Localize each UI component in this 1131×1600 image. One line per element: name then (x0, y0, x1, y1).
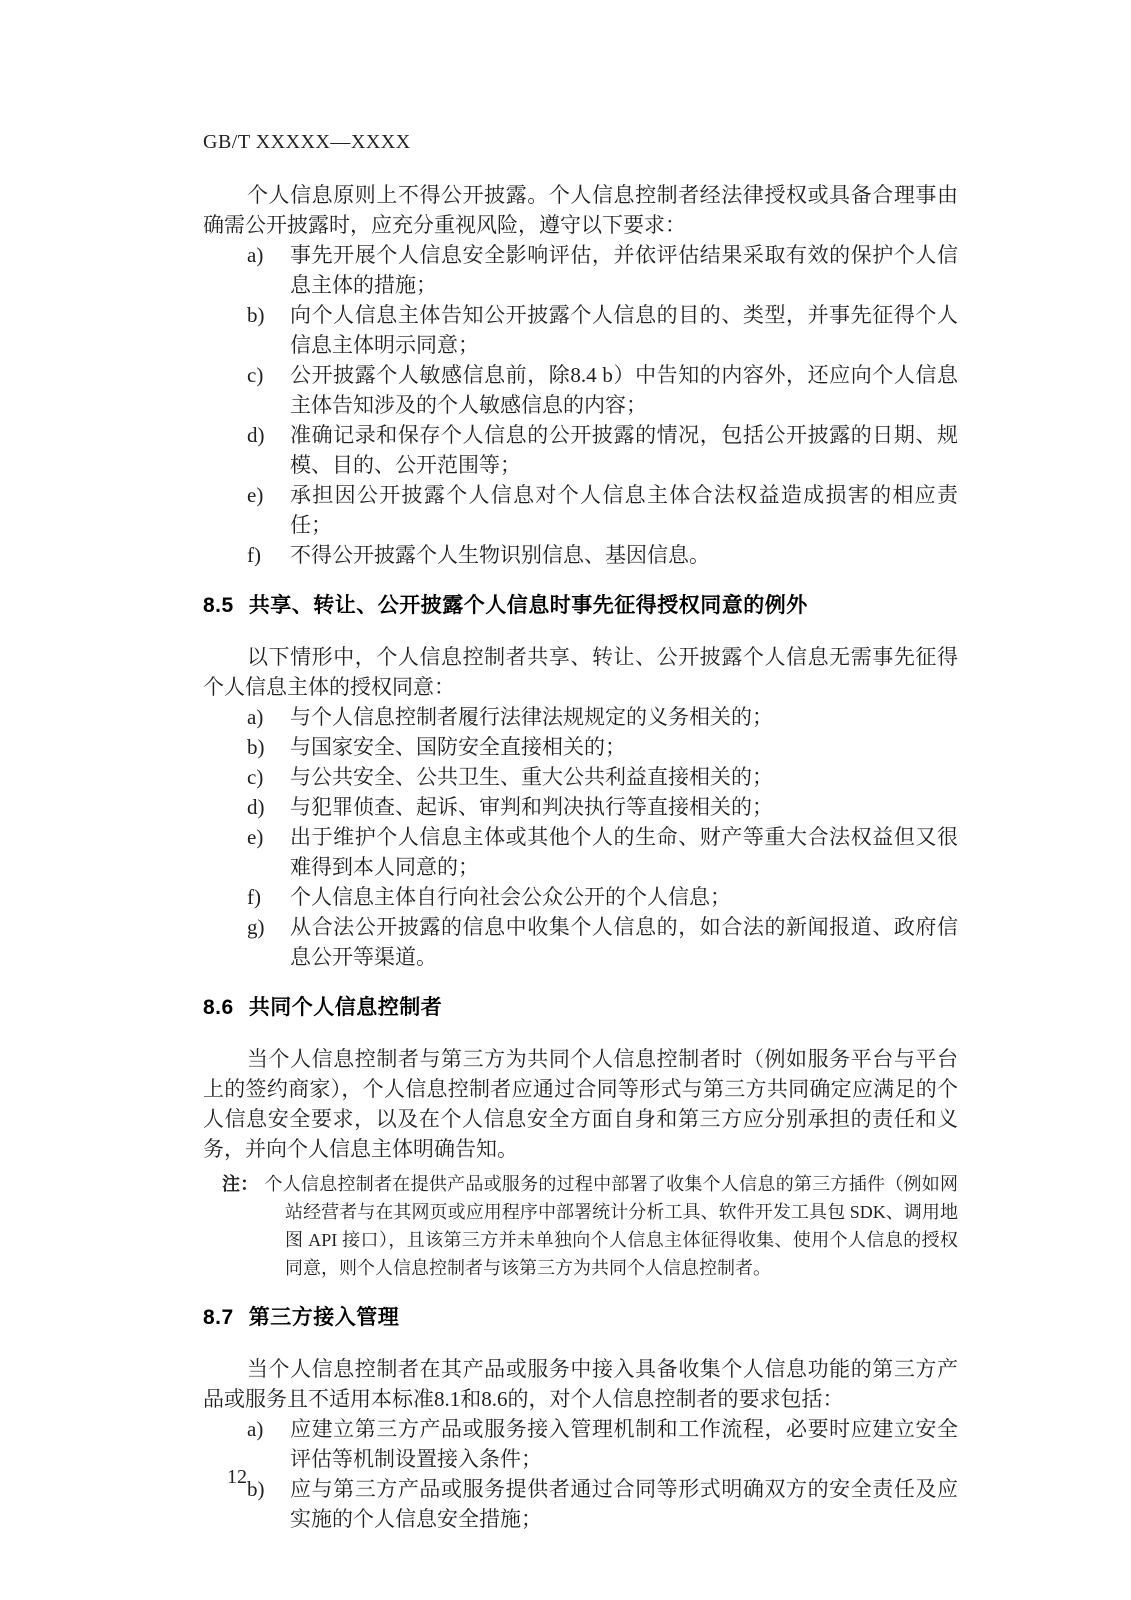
section-number: 8.5 (203, 593, 234, 619)
list-item: b) 与国家安全、国防安全直接相关的； (203, 732, 958, 762)
section-8-6-paragraph: 当个人信息控制者与第三方为共同个人信息控制者时（例如服务平台与平台上的签约商家）… (203, 1044, 958, 1164)
list-item: b) 向个人信息主体告知公开披露个人信息的目的、类型，并事先征得个人信息主体明示… (203, 300, 958, 360)
item-marker: b) (247, 732, 265, 762)
section-number: 8.7 (203, 1305, 234, 1331)
section-heading-8-5: 8.5共享、转让、公开披露个人信息时事先征得授权同意的例外 (203, 593, 958, 619)
list-item: a) 与个人信息控制者履行法律法规规定的义务相关的； (203, 702, 958, 732)
section-8-7-paragraph: 当个人信息控制者在其产品或服务中接入具备收集个人信息功能的第三方产品或服务且不适… (203, 1354, 958, 1414)
item-text: 事先开展个人信息安全影响评估，并依评估结果采取有效的保护个人信息主体的措施； (290, 243, 958, 297)
item-text: 不得公开披露个人生物识别信息、基因信息。 (290, 543, 710, 567)
item-marker: f) (247, 540, 261, 570)
page-number: 12 (227, 1466, 247, 1489)
list-item: e) 承担因公开披露个人信息对个人信息主体合法权益造成损害的相应责任； (203, 480, 958, 540)
item-marker: d) (247, 420, 265, 450)
item-text: 应与第三方产品或服务提供者通过合同等形式明确双方的安全责任及应实施的个人信息安全… (290, 1477, 958, 1531)
item-marker: a) (247, 240, 263, 270)
item-text: 应建立第三方产品或服务接入管理机制和工作流程，必要时应建立安全评估等机制设置接入… (290, 1417, 958, 1471)
note-label: 注： (222, 1174, 259, 1194)
standard-code-header: GB/T XXXXX—XXXX (203, 130, 958, 154)
item-marker: a) (247, 702, 263, 732)
disclosure-requirements-list: a) 事先开展个人信息安全影响评估，并依评估结果采取有效的保护个人信息主体的措施… (203, 240, 958, 570)
item-text: 与犯罪侦查、起诉、审判和判决执行等直接相关的； (290, 795, 773, 819)
section-title: 共享、转让、公开披露个人信息时事先征得授权同意的例外 (249, 594, 808, 617)
document-page: GB/T XXXXX—XXXX 个人信息原则上不得公开披露。个人信息控制者经法律… (0, 0, 1131, 1600)
list-item: f) 个人信息主体自行向社会公众公开的个人信息； (203, 882, 958, 912)
item-marker: b) (247, 300, 265, 330)
item-text: 公开披露个人敏感信息前，除8.4 b）中告知的内容外，还应向个人信息主体告知涉及… (290, 363, 958, 417)
section-heading-8-6: 8.6共同个人信息控制者 (203, 995, 958, 1021)
item-marker: a) (247, 1414, 263, 1444)
section-8-6-note: 注：个人信息控制者在提供产品或服务的过程中部署了收集个人信息的第三方插件（例如网… (203, 1170, 958, 1282)
item-text: 出于维护个人信息主体或其他个人的生命、财产等重大合法权益但又很难得到本人同意的； (290, 825, 958, 879)
list-item: a) 事先开展个人信息安全影响评估，并依评估结果采取有效的保护个人信息主体的措施… (203, 240, 958, 300)
note-text: 个人信息控制者在提供产品或服务的过程中部署了收集个人信息的第三方插件（例如网站经… (265, 1174, 958, 1278)
list-item: d) 准确记录和保存个人信息的公开披露的情况，包括公开披露的日期、规模、目的、公… (203, 420, 958, 480)
item-marker: b) (247, 1474, 265, 1504)
item-marker: c) (247, 762, 263, 792)
item-marker: g) (247, 912, 265, 942)
list-item: a) 应建立第三方产品或服务接入管理机制和工作流程，必要时应建立安全评估等机制设… (203, 1414, 958, 1474)
list-item: c) 与公共安全、公共卫生、重大公共利益直接相关的； (203, 762, 958, 792)
list-item: b) 应与第三方产品或服务提供者通过合同等形式明确双方的安全责任及应实施的个人信… (203, 1474, 958, 1534)
item-marker: d) (247, 792, 265, 822)
list-item: e) 出于维护个人信息主体或其他个人的生命、财产等重大合法权益但又很难得到本人同… (203, 822, 958, 882)
item-text: 承担因公开披露个人信息对个人信息主体合法权益造成损害的相应责任； (290, 483, 958, 537)
item-marker: f) (247, 882, 261, 912)
section-8-5-paragraph: 以下情形中，个人信息控制者共享、转让、公开披露个人信息无需事先征得个人信息主体的… (203, 642, 958, 702)
section-title: 共同个人信息控制者 (249, 996, 443, 1019)
list-item: f) 不得公开披露个人生物识别信息、基因信息。 (203, 540, 958, 570)
section-number: 8.6 (203, 995, 234, 1021)
section-title: 第三方接入管理 (249, 1306, 400, 1329)
item-marker: e) (247, 822, 263, 852)
item-text: 个人信息主体自行向社会公众公开的个人信息； (290, 885, 731, 909)
item-text: 从合法公开披露的信息中收集个人信息的，如合法的新闻报道、政府信息公开等渠道。 (290, 915, 958, 969)
item-text: 与公共安全、公共卫生、重大公共利益直接相关的； (290, 765, 773, 789)
list-item: d) 与犯罪侦查、起诉、审判和判决执行等直接相关的； (203, 792, 958, 822)
list-item: c) 公开披露个人敏感信息前，除8.4 b）中告知的内容外，还应向个人信息主体告… (203, 360, 958, 420)
item-marker: e) (247, 480, 263, 510)
item-text: 准确记录和保存个人信息的公开披露的情况，包括公开披露的日期、规模、目的、公开范围… (290, 423, 958, 477)
item-text: 向个人信息主体告知公开披露个人信息的目的、类型，并事先征得个人信息主体明示同意； (290, 303, 958, 357)
section-heading-8-7: 8.7第三方接入管理 (203, 1305, 958, 1331)
list-item: g) 从合法公开披露的信息中收集个人信息的，如合法的新闻报道、政府信息公开等渠道… (203, 912, 958, 972)
consent-exceptions-list: a) 与个人信息控制者履行法律法规规定的义务相关的； b) 与国家安全、国防安全… (203, 702, 958, 972)
intro-paragraph: 个人信息原则上不得公开披露。个人信息控制者经法律授权或具备合理事由确需公开披露时… (203, 180, 958, 240)
item-text: 与国家安全、国防安全直接相关的； (290, 735, 626, 759)
item-text: 与个人信息控制者履行法律法规规定的义务相关的； (290, 705, 773, 729)
third-party-requirements-list: a) 应建立第三方产品或服务接入管理机制和工作流程，必要时应建立安全评估等机制设… (203, 1414, 958, 1534)
item-marker: c) (247, 360, 263, 390)
